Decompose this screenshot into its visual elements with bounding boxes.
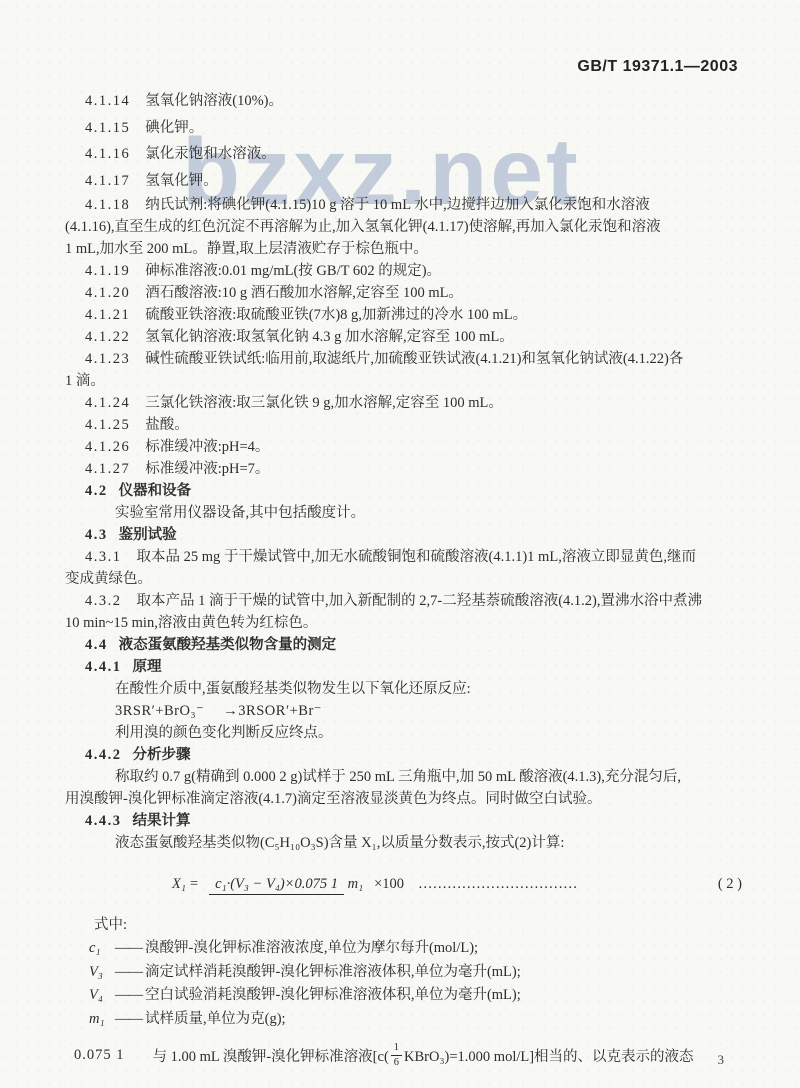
clause-number: 4.1.17 <box>85 168 130 195</box>
clause-number: 4.1.26 <box>85 436 130 458</box>
clause-number: 4.1.23 <box>85 348 130 370</box>
definition-dash: —— <box>115 1011 142 1027</box>
text-line: 4.3.1取本品 25 mg 于干燥试管中,加无水硫酸铜饱和硫酸溶液(4.1.1… <box>64 546 742 568</box>
text-line: 1 滴。 <box>64 370 742 392</box>
line-text: 鉴别试验 <box>119 527 177 543</box>
text-line: 1 mL,加水至 200 mL。静置,取上层清液贮存于棕色瓶中。 <box>64 238 742 260</box>
line-text: 三氯化铁溶液:取三氯化铁 9 g,加水溶解,定容至 100 mL。 <box>145 395 503 411</box>
line-text: 原理 <box>133 659 162 675</box>
symbol-definitions: c₁——溴酸钾-溴化钾标准溶液浓度,单位为摩尔每升(mol/L); V₃——滴定… <box>64 937 742 1031</box>
text-line: 4.1.25盐酸。 <box>64 414 742 436</box>
fraction-denominator: 6 <box>391 1056 402 1069</box>
definition-symbol: V₃ <box>89 961 115 985</box>
factor-value: 0.075 1 <box>74 1047 125 1064</box>
text-line: 4.1.27标准缓冲液:pH=7。 <box>64 458 742 480</box>
definition-dash: —— <box>115 964 142 980</box>
formula-lhs: X₁ <box>172 876 186 893</box>
document-body: 4.1.14氢氧化钠溶液(10%)。 4.1.15碘化钾。 4.1.16氯化汞饱… <box>64 88 742 1070</box>
clause-number: 4.3.1 <box>85 546 122 568</box>
text-line: 变成黄绿色。 <box>64 568 742 590</box>
text-line: 4.1.15碘化钾。 <box>64 115 742 142</box>
line-text: 氢氧化钠溶液(10%)。 <box>145 93 283 109</box>
line-text: 结果计算 <box>133 813 191 829</box>
definition-dash: —— <box>115 940 142 956</box>
text-line: 10 min~15 min,溶液由黄色转为红棕色。 <box>64 612 742 634</box>
line-text: 3RSR′+BrO₃⁻ →3RSOR′+Br⁻ <box>115 703 322 719</box>
formula-times-100: ×100 <box>374 876 404 893</box>
body-lines: 4.1.14氢氧化钠溶液(10%)。 4.1.15碘化钾。 4.1.16氯化汞饱… <box>64 88 742 854</box>
line-text: 1 mL,加水至 200 mL。静置,取上层清液贮存于棕色瓶中。 <box>65 241 428 257</box>
formula-denominator: m₁ <box>348 874 364 892</box>
text-line: 4.1.22氢氧化钠溶液:取氢氧化钠 4.3 g 加水溶解,定容至 100 mL… <box>64 326 742 348</box>
text-line: 4.4.2分析步骤 <box>64 744 742 766</box>
formula-fraction: c₁·(V₃ − V₄)×0.075 1 m₁ <box>209 876 363 893</box>
where-label: 式中: <box>64 914 742 937</box>
line-text: 标准缓冲液:pH=4。 <box>145 439 269 455</box>
clause-number: 4.1.18 <box>85 194 130 216</box>
text-line: 4.3鉴别试验 <box>64 524 742 546</box>
text-line: 实验室常用仪器设备,其中包括酸度计。 <box>64 502 742 524</box>
line-text: 氢氧化钾。 <box>145 173 218 189</box>
line-text: 10 min~15 min,溶液由黄色转为红棕色。 <box>65 615 317 631</box>
formula-label: ( 2 ) <box>718 876 742 893</box>
clause-number: 4.1.24 <box>85 392 130 414</box>
line-text: 用溴酸钾-溴化钾标准滴定溶液(4.1.7)滴定至溶液显淡黄色为终点。同时做空白试… <box>65 791 601 807</box>
definition-text: 滴定试样消耗溴酸钾-溴化钾标准溶液体积,单位为毫升(mL); <box>145 964 521 980</box>
line-text: 氯化汞饱和水溶液。 <box>145 146 276 162</box>
line-text: 碱性硫酸亚铁试纸:临用前,取滤纸片,加硫酸亚铁试液(4.1.21)和氢氧化钠试液… <box>145 351 683 367</box>
text-line: 称取约 0.7 g(精确到 0.000 2 g)试样于 250 mL 三角瓶中,… <box>64 766 742 788</box>
line-text: 碘化钾。 <box>145 120 203 136</box>
text-line: (4.1.16),直至生成的红色沉淀不再溶解为止,加入氢氧化钾(4.1.17)使… <box>64 216 742 238</box>
clause-number: 4.4.3 <box>85 810 122 832</box>
definition-text: 溴酸钾-溴化钾标准溶液浓度,单位为摩尔每升(mol/L); <box>145 940 478 956</box>
definition-symbol: c₁ <box>89 937 115 961</box>
fraction-numerator: 1 <box>391 1042 402 1056</box>
text-line: 4.4.1原理 <box>64 656 742 678</box>
line-text: (4.1.16),直至生成的红色沉淀不再溶解为止,加入氢氧化钾(4.1.17)使… <box>65 219 661 235</box>
text-line: 4.1.14氢氧化钠溶液(10%)。 <box>64 88 742 115</box>
text-line: 4.4液态蛋氨酸羟基类似物含量的测定 <box>64 634 742 656</box>
factor-text-post: KBrO₃)=1.000 mol/L]相当的、以克表示的液态 <box>404 1045 694 1066</box>
line-text: 标准缓冲液:pH=7。 <box>145 461 269 477</box>
text-line: 4.1.20酒石酸溶液:10 g 酒石酸加水溶解,定容至 100 mL。 <box>64 282 742 304</box>
text-line: 4.1.23碱性硫酸亚铁试纸:临用前,取滤纸片,加硫酸亚铁试液(4.1.21)和… <box>64 348 742 370</box>
line-text: 称取约 0.7 g(精确到 0.000 2 g)试样于 250 mL 三角瓶中,… <box>115 769 681 785</box>
definition-dash: —— <box>115 987 142 1003</box>
line-text: 盐酸。 <box>145 417 189 433</box>
clause-number: 4.3.2 <box>85 590 122 612</box>
line-text: 液态蛋氨酸羟基类似物(C₅H₁₀O₃S)含量 X₁,以质量分数表示,按式(2)计… <box>115 835 564 851</box>
text-line: 3RSR′+BrO₃⁻ →3RSOR′+Br⁻ <box>64 700 742 722</box>
formula-numerator: c₁·(V₃ − V₄)×0.075 1 <box>209 876 344 895</box>
page-number: 3 <box>718 1052 725 1068</box>
formula-dots: …………………………… <box>418 876 716 893</box>
text-line: 4.1.17氢氧化钾。 <box>64 168 742 195</box>
text-line: 用溴酸钾-溴化钾标准滴定溶液(4.1.7)滴定至溶液显淡黄色为终点。同时做空白试… <box>64 788 742 810</box>
definition-text: 空白试验消耗溴酸钾-溴化钾标准溶液体积,单位为毫升(mL); <box>145 987 521 1003</box>
clause-number: 4.1.20 <box>85 282 130 304</box>
doc-number-header: GB/T 19371.1—2003 <box>577 58 738 76</box>
clause-number: 4.1.22 <box>85 326 130 348</box>
formula-equals: = <box>190 876 198 893</box>
text-line: 在酸性介质中,蛋氨酸羟基类似物发生以下氧化还原反应: <box>64 678 742 700</box>
clause-number: 4.1.19 <box>85 260 130 282</box>
text-line: 4.1.19砷标准溶液:0.01 mg/mL(按 GB/T 602 的规定)。 <box>64 260 742 282</box>
text-line: 4.4.3结果计算 <box>64 810 742 832</box>
line-text: 实验室常用仪器设备,其中包括酸度计。 <box>115 505 365 521</box>
definition-row: m₁——试样质量,单位为克(g); <box>64 1008 742 1032</box>
text-line: 4.2仪器和设备 <box>64 480 742 502</box>
text-line: 4.1.24三氯化铁溶液:取三氯化铁 9 g,加水溶解,定容至 100 mL。 <box>64 392 742 414</box>
line-text: 取本产品 1 滴于干燥的试管中,加入新配制的 2,7-二羟基萘硫酸溶液(4.1.… <box>137 593 702 609</box>
factor-line: 0.075 1 与 1.00 mL 溴酸钾-溴化钾标准溶液[c( 1 6 KBr… <box>64 1040 742 1070</box>
line-text: 分析步骤 <box>133 747 191 763</box>
line-text: 酒石酸溶液:10 g 酒石酸加水溶解,定容至 100 mL。 <box>145 285 463 301</box>
text-line: 4.1.26标准缓冲液:pH=4。 <box>64 436 742 458</box>
line-text: 取本品 25 mg 于干燥试管中,加无水硫酸铜饱和硫酸溶液(4.1.1)1 mL… <box>137 549 696 565</box>
line-text: 在酸性介质中,蛋氨酸羟基类似物发生以下氧化还原反应: <box>115 681 471 697</box>
definition-row: V₄——空白试验消耗溴酸钾-溴化钾标准溶液体积,单位为毫升(mL); <box>64 984 742 1008</box>
clause-number: 4.1.27 <box>85 458 130 480</box>
line-text: 砷标准溶液:0.01 mg/mL(按 GB/T 602 的规定)。 <box>145 263 441 279</box>
line-text: 氢氧化钠溶液:取氢氧化钠 4.3 g 加水溶解,定容至 100 mL。 <box>145 329 514 345</box>
clause-number: 4.4.1 <box>85 656 122 678</box>
definition-text: 试样质量,单位为克(g); <box>145 1011 286 1027</box>
definition-symbol: m₁ <box>89 1008 115 1032</box>
text-line: 4.1.18纳氏试剂:将碘化钾(4.1.15)10 g 溶于 10 mL 水中,… <box>64 194 742 216</box>
line-text: 1 滴。 <box>65 373 105 389</box>
definition-row: c₁——溴酸钾-溴化钾标准溶液浓度,单位为摩尔每升(mol/L); <box>64 937 742 961</box>
line-text: 纳氏试剂:将碘化钾(4.1.15)10 g 溶于 10 mL 水中,边搅拌边加入… <box>145 197 650 213</box>
clause-number: 4.4 <box>85 634 108 656</box>
clause-number: 4.1.21 <box>85 304 130 326</box>
line-text: 仪器和设备 <box>119 483 192 499</box>
clause-number: 4.1.16 <box>85 141 130 168</box>
definition-row: V₃——滴定试样消耗溴酸钾-溴化钾标准溶液体积,单位为毫升(mL); <box>64 961 742 985</box>
clause-number: 4.2 <box>85 480 108 502</box>
text-line: 利用溴的颜色变化判断反应终点。 <box>64 722 742 744</box>
clause-number: 4.1.14 <box>85 88 130 115</box>
line-text: 变成黄绿色。 <box>65 571 152 587</box>
definition-symbol: V₄ <box>89 984 115 1008</box>
text-line: 4.1.21硫酸亚铁溶液:取硫酸亚铁(7水)8 g,加新沸过的冷水 100 mL… <box>64 304 742 326</box>
line-text: 利用溴的颜色变化判断反应终点。 <box>115 725 333 741</box>
clause-number: 4.1.25 <box>85 414 130 436</box>
clause-number: 4.4.2 <box>85 744 122 766</box>
factor-text-pre: 与 1.00 mL 溴酸钾-溴化钾标准溶液[c( <box>153 1045 389 1066</box>
line-text: 硫酸亚铁溶液:取硫酸亚铁(7水)8 g,加新沸过的冷水 100 mL。 <box>145 307 527 323</box>
clause-number: 4.1.15 <box>85 115 130 142</box>
equation-2: X₁ = c₁·(V₃ − V₄)×0.075 1 m₁ ×100 ………………… <box>64 856 742 912</box>
text-line: 4.1.16氯化汞饱和水溶液。 <box>64 141 742 168</box>
one-sixth-fraction: 1 6 <box>391 1042 402 1068</box>
text-line: 4.3.2取本产品 1 滴于干燥的试管中,加入新配制的 2,7-二羟基萘硫酸溶液… <box>64 590 742 612</box>
clause-number: 4.3 <box>85 524 108 546</box>
line-text: 液态蛋氨酸羟基类似物含量的测定 <box>119 637 337 653</box>
scanned-document-page: bzxz.net GB/T 19371.1—2003 4.1.14氢氧化钠溶液(… <box>0 0 800 1088</box>
text-line: 液态蛋氨酸羟基类似物(C₅H₁₀O₃S)含量 X₁,以质量分数表示,按式(2)计… <box>64 832 742 854</box>
